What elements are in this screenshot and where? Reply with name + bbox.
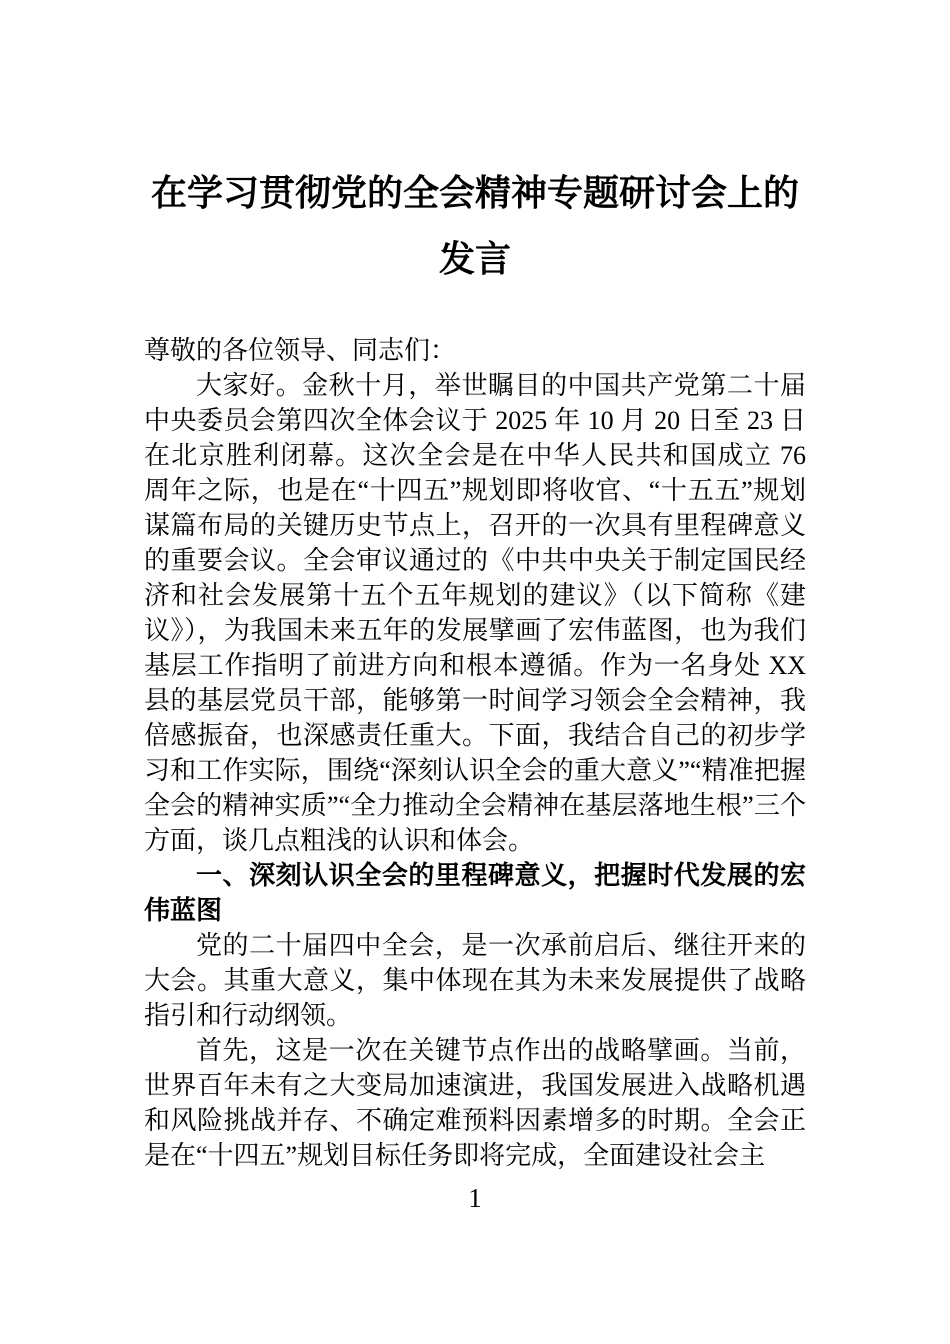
document-page: 在学习贯彻党的全会精神专题研讨会上的发言 尊敬的各位领导、同志们： 大家好。金秋… — [0, 0, 950, 1344]
paragraph-opening: 大家好。金秋十月，举世瞩目的中国共产党第二十届中央委员会第四次全体会议于 202… — [144, 368, 806, 858]
page-footer: 1 — [0, 1183, 950, 1213]
paragraph-first-point: 首先，这是一次在关键节点作出的战略擘画。当前，世界百年未有之大变局加速演进，我国… — [144, 1033, 806, 1173]
salutation: 尊敬的各位领导、同志们： — [144, 333, 806, 368]
page-number: 1 — [468, 1183, 482, 1213]
document-body: 尊敬的各位领导、同志们： 大家好。金秋十月，举世瞩目的中国共产党第二十届中央委员… — [144, 333, 806, 1173]
document-title: 在学习贯彻党的全会精神专题研讨会上的发言 — [145, 0, 805, 292]
section-heading-1: 一、深刻认识全会的里程碑意义，把握时代发展的宏伟蓝图 — [144, 858, 806, 928]
paragraph-significance: 党的二十届四中全会，是一次承前启后、继往开来的大会。其重大意义，集中体现在其为未… — [144, 928, 806, 1033]
